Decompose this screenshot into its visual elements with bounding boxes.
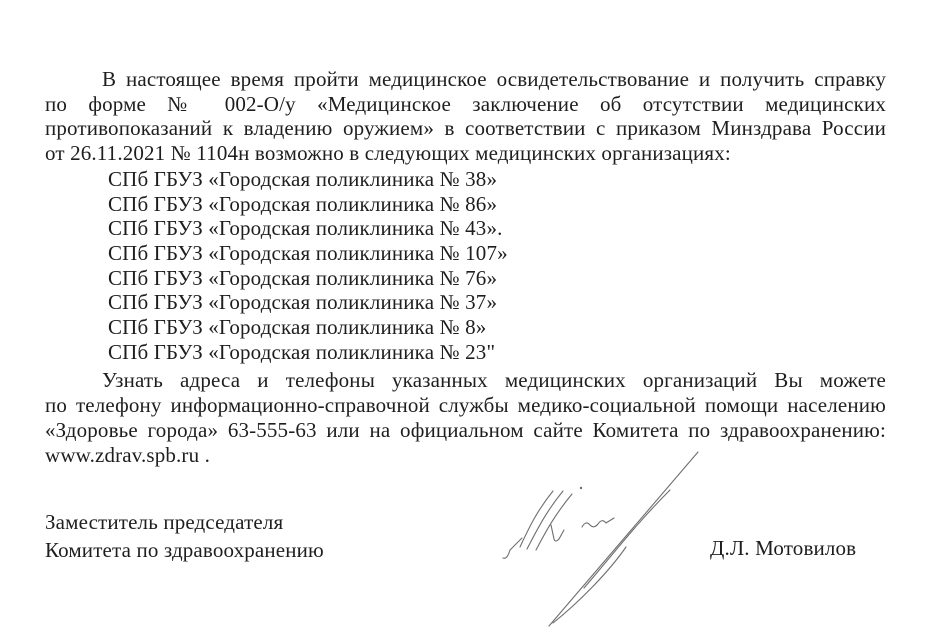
paragraph-line: по форме № 002-О/у «Медицинское заключен… (45, 92, 886, 117)
paragraph-line: противопоказаний к владению оружием» в с… (45, 116, 886, 141)
paragraph-line: В настоящее время пройти медицинское осв… (45, 67, 886, 92)
paragraph-line: «Здоровье города» 63-555-63 или на офици… (45, 418, 886, 443)
clinic-list-item: СПб ГБУЗ «Городская поликлиника № 43». (45, 216, 886, 241)
letter-body: В настоящее время пройти медицинское осв… (45, 67, 886, 467)
signature-ink (503, 452, 698, 626)
signer-title: Заместитель председателя Комитета по здр… (45, 508, 324, 564)
clinic-list-item: СПб ГБУЗ «Городская поликлиника № 76» (45, 266, 886, 291)
clinic-list-item: СПб ГБУЗ «Городская поликлиника № 38» (45, 167, 886, 192)
clinic-list-item: СПб ГБУЗ «Городская поликлиника № 107» (45, 241, 886, 266)
signer-name: Д.Л. Мотовилов (710, 534, 856, 562)
clinic-list: СПб ГБУЗ «Городская поликлиника № 38» СП… (45, 167, 886, 365)
website-url: www.zdrav.spb.ru . (45, 443, 886, 468)
paragraph-line: от 26.11.2021 № 1104н возможно в следующ… (45, 141, 886, 166)
intro-paragraph: В настоящее время пройти медицинское осв… (45, 67, 886, 166)
clinic-list-item: СПб ГБУЗ «Городская поликлиника № 8» (45, 315, 886, 340)
signature-scribble (490, 440, 705, 630)
clinic-list-item: СПб ГБУЗ «Городская поликлиника № 23" (45, 340, 886, 365)
signer-title-line: Комитета по здравоохранению (45, 536, 324, 564)
contact-paragraph: Узнать адреса и телефоны указанных медиц… (45, 368, 886, 467)
clinic-list-item: СПб ГБУЗ «Городская поликлиника № 86» (45, 192, 886, 217)
paragraph-line: по телефону информационно-справочной слу… (45, 393, 886, 418)
signer-title-line: Заместитель председателя (45, 508, 324, 536)
clinic-list-item: СПб ГБУЗ «Городская поликлиника № 37» (45, 290, 886, 315)
document-page: В настоящее время пройти медицинское осв… (0, 0, 940, 630)
paragraph-line: Узнать адреса и телефоны указанных медиц… (45, 368, 886, 393)
